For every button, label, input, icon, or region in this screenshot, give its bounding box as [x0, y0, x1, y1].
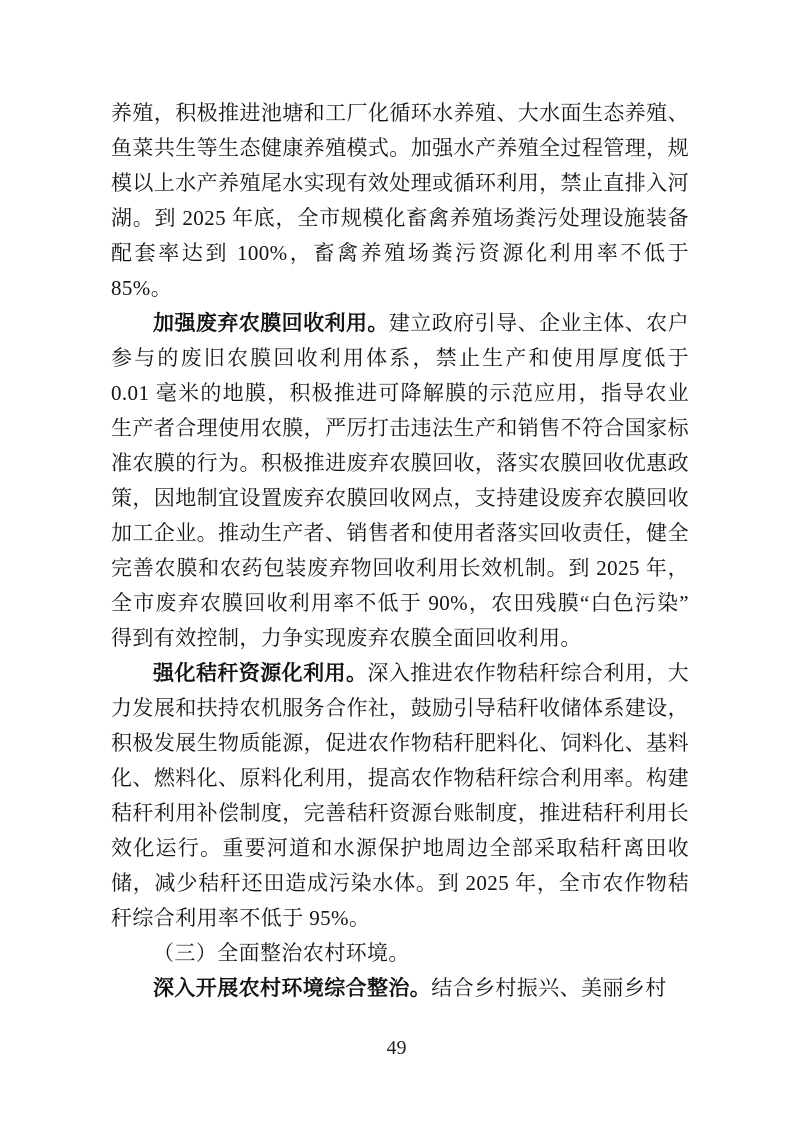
section-heading-rural-environment: （三）全面整治农村环境。 [111, 936, 689, 971]
paragraph-lead: 深入开展农村环境综合整治。 [153, 976, 431, 1000]
paragraph-body: （三）全面整治农村环境。 [153, 941, 410, 965]
paragraph-body: 建立政府引导、企业主体、农户参与的废旧农膜回收利用体系，禁止生产和使用厚度低于 … [111, 311, 689, 650]
paragraph-lead: 强化秸秆资源化利用。 [153, 661, 367, 685]
paragraph-body: 结合乡村振兴、美丽乡村 [431, 976, 666, 1000]
paragraph-continuation: 养殖，积极推进池塘和工厂化循环水养殖、大水面生态养殖、鱼菜共生等生态健康养殖模式… [111, 96, 689, 306]
paragraph-body: 深入推进农作物秸秆综合利用，大力发展和扶持农机服务合作社，鼓励引导秸秆收储体系建… [111, 661, 689, 930]
paragraph-straw-utilization: 强化秸秆资源化利用。深入推进农作物秸秆综合利用，大力发展和扶持农机服务合作社，鼓… [111, 656, 689, 936]
text-block: 养殖，积极推进池塘和工厂化循环水养殖、大水面生态养殖、鱼菜共生等生态健康养殖模式… [111, 96, 689, 1006]
paragraph-body: 养殖，积极推进池塘和工厂化循环水养殖、大水面生态养殖、鱼菜共生等生态健康养殖模式… [111, 101, 689, 300]
paragraph-lead: 加强废弃农膜回收利用。 [153, 311, 389, 335]
document-page: 养殖，积极推进池塘和工厂化循环水养殖、大水面生态养殖、鱼菜共生等生态健康养殖模式… [0, 0, 793, 1122]
paragraph-farm-film-recycling: 加强废弃农膜回收利用。建立政府引导、企业主体、农户参与的废旧农膜回收利用体系，禁… [111, 306, 689, 656]
page-number: 49 [0, 1034, 793, 1062]
paragraph-rural-environment-remediation: 深入开展农村环境综合整治。结合乡村振兴、美丽乡村 [111, 971, 689, 1006]
